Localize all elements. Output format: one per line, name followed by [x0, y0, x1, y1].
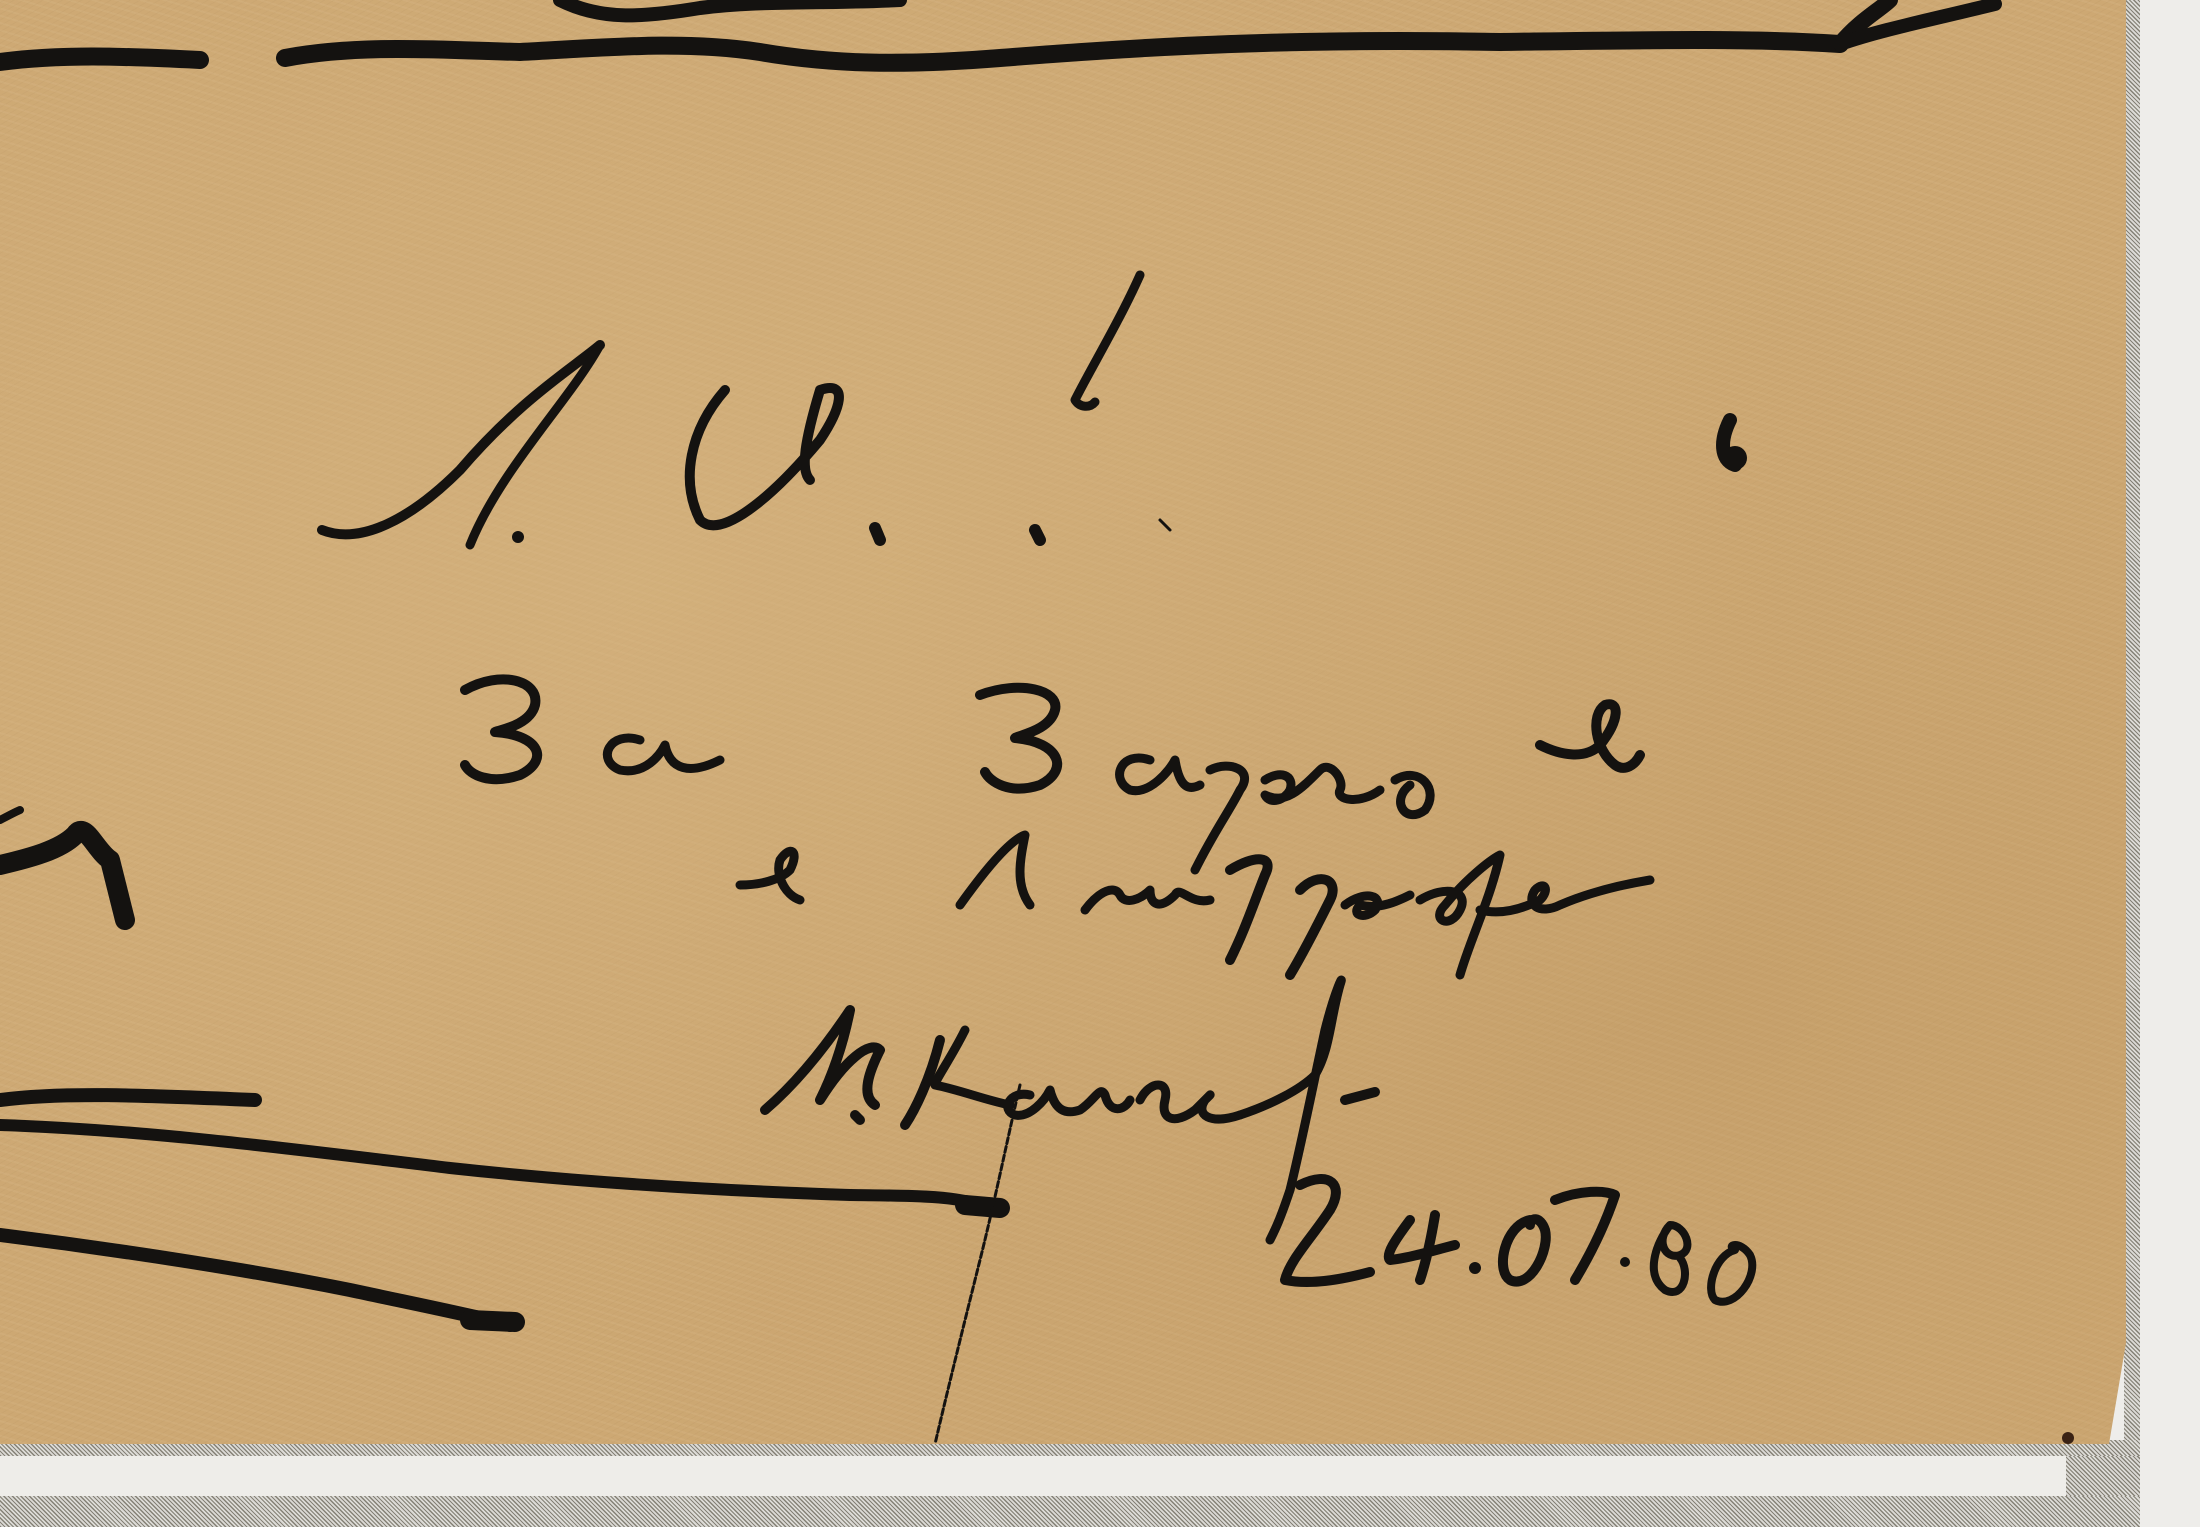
inscription-line3-strokes — [740, 835, 1650, 975]
date-strokes — [1285, 1179, 1752, 1302]
sketch-lines-top — [0, 0, 1995, 63]
mount-border-corner — [2066, 1456, 2140, 1496]
pencil-guide-line — [935, 1085, 1020, 1444]
inscription-line2-strokes — [465, 679, 1640, 870]
mount-white-strip — [0, 1456, 2066, 1496]
mount-border-right — [2124, 0, 2140, 1527]
ink-blots — [1723, 420, 2074, 1444]
mount-border-bottom-lower — [0, 1496, 2140, 1527]
inscription-line1-strokes — [322, 275, 1140, 545]
ink-drawing — [0, 0, 2126, 1444]
